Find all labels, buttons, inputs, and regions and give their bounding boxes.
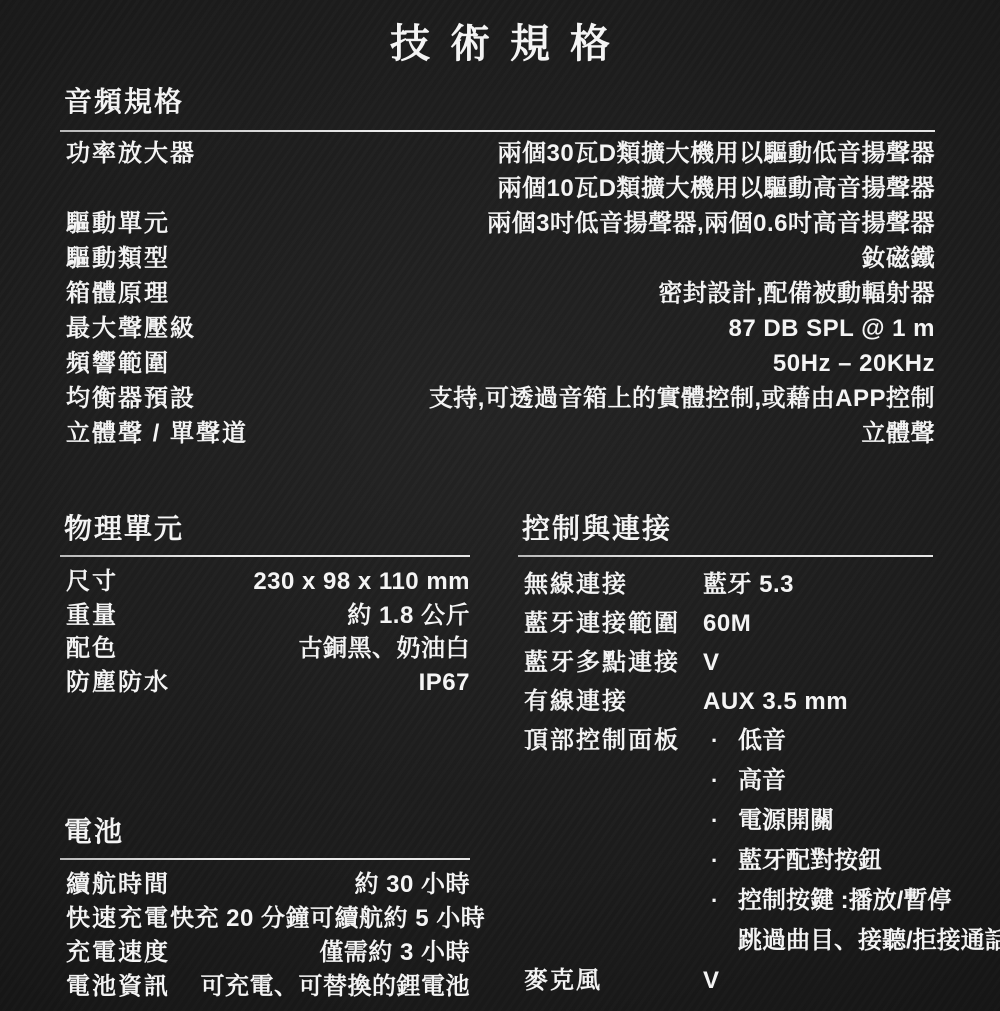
spec-row: 立體聲 / 單聲道 立體聲 <box>60 416 935 451</box>
physical-rows: 尺寸 230 x 98 x 110 mm 重量 約 1.8 公斤 配色 古銅黑、… <box>60 565 470 699</box>
bullet-dot-icon: · <box>703 841 738 881</box>
spec-label: 立體聲 / 單聲道 <box>60 416 248 451</box>
spec-value: 密封設計,配備被動輻射器 <box>658 276 935 311</box>
list-item: · 藍牙配對按鈕 <box>703 841 1000 881</box>
section-divider <box>60 130 935 132</box>
spec-label: 最大聲壓級 <box>60 311 196 346</box>
spec-label: 重量 <box>60 599 118 633</box>
spec-value: V <box>703 961 720 1000</box>
spec-label: 有線連接 <box>518 682 703 721</box>
spec-sheet: 技術規格 音頻規格 功率放大器 兩個30瓦D類擴大機用以驅動低音揚聲器 兩個10… <box>0 0 1000 1011</box>
microphone-row: 麥克風 V <box>518 961 992 1000</box>
spec-value: 僅需約 3 小時 <box>319 936 470 970</box>
spec-value: 藍牙 5.3 <box>703 565 794 604</box>
spec-label: 驅動單元 <box>60 206 170 241</box>
list-item-text: 藍牙配對按鈕 <box>738 841 882 881</box>
list-item-text: 控制按鍵 :播放/暫停 <box>738 881 951 921</box>
spec-row: 驅動單元 兩個3吋低音揚聲器,兩個0.6吋高音揚聲器 <box>60 206 935 241</box>
spec-row: 均衡器預設 支持,可透過音箱上的實體控制,或藉由APP控制 <box>60 381 935 416</box>
spec-row: 配色 古銅黑、奶油白 <box>60 632 470 666</box>
section-divider <box>60 555 470 557</box>
spec-row: 頻響範圍 50Hz – 20KHz <box>60 346 935 381</box>
spec-value: V <box>703 643 720 682</box>
spec-value: 快充 20 分鐘可續航約 5 小時 <box>170 902 485 936</box>
spec-row: 藍牙多點連接 V <box>518 643 992 682</box>
list-item-continuation: 跳過曲目、接聽/拒接通話 <box>703 921 1000 961</box>
spec-label: 續航時間 <box>60 868 170 902</box>
spec-value: 兩個3吋低音揚聲器,兩個0.6吋高音揚聲器 <box>487 206 935 241</box>
list-item: · 低音 <box>703 721 1000 761</box>
spec-row: 箱體原理 密封設計,配備被動輻射器 <box>60 276 935 311</box>
spec-row: 電池資訊 可充電、可替換的鋰電池 <box>60 970 470 1004</box>
spec-row: 重量 約 1.8 公斤 <box>60 599 470 633</box>
spec-label: 防塵防水 <box>60 666 170 700</box>
spec-value: 立體聲 <box>862 416 936 451</box>
spec-label: 尺寸 <box>60 565 118 599</box>
bullet-dot-icon: · <box>703 881 738 921</box>
page-title: 技術規格 <box>0 12 1000 69</box>
spec-label: 驅動類型 <box>60 241 170 276</box>
section-battery: 電池 續航時間 約 30 小時 快速充電 快充 20 分鐘可續航約 5 小時 充… <box>60 817 470 1004</box>
controls-section-heading: 控制與連接 <box>518 514 992 544</box>
top-panel-row: 頂部控制面板 · 低音 · 高音 · 電源開關 <box>518 721 992 961</box>
bullet-dot-icon: · <box>703 721 738 761</box>
spec-value: 支持,可透過音箱上的實體控制,或藉由APP控制 <box>429 381 935 416</box>
spec-value-line: 兩個10瓦D類擴大機用以驅動高音揚聲器 <box>497 171 935 206</box>
spec-value: 60M <box>703 604 751 643</box>
spec-label: 箱體原理 <box>60 276 170 311</box>
spec-row: 驅動類型 釹磁鐵 <box>60 241 935 276</box>
top-panel-feature-list: · 低音 · 高音 · 電源開關 · 藍牙配對按 <box>703 721 1000 961</box>
spec-label: 均衡器預設 <box>60 381 196 416</box>
spec-value: 87 DB SPL @ 1 m <box>728 311 935 346</box>
spec-label: 快速充電 <box>60 902 170 936</box>
spec-row: 最大聲壓級 87 DB SPL @ 1 m <box>60 311 935 346</box>
spec-value: 230 x 98 x 110 mm <box>253 565 470 599</box>
list-item-text: 低音 <box>738 721 786 761</box>
spec-label: 電池資訊 <box>60 970 170 1004</box>
spec-value: 約 30 小時 <box>354 868 470 902</box>
spec-label: 頻響範圍 <box>60 346 170 381</box>
spec-value-line: 兩個30瓦D類擴大機用以驅動低音揚聲器 <box>497 136 935 171</box>
section-physical: 物理單元 尺寸 230 x 98 x 110 mm 重量 約 1.8 公斤 配色… <box>60 514 470 699</box>
bullet-dot-icon: · <box>703 761 738 801</box>
battery-section-heading: 電池 <box>60 817 470 847</box>
spec-label: 無線連接 <box>518 565 703 604</box>
audio-section-heading: 音頻規格 <box>60 86 935 118</box>
spec-label: 頂部控制面板 <box>518 721 703 760</box>
spec-value: AUX 3.5 mm <box>703 682 848 721</box>
spec-row: 防塵防水 IP67 <box>60 666 470 700</box>
section-divider <box>60 858 470 860</box>
battery-rows: 續航時間 約 30 小時 快速充電 快充 20 分鐘可續航約 5 小時 充電速度… <box>60 868 470 1004</box>
list-item-text: 高音 <box>738 761 786 801</box>
list-item: · 高音 <box>703 761 1000 801</box>
spec-row: 有線連接 AUX 3.5 mm <box>518 682 992 721</box>
spec-row: 快速充電 快充 20 分鐘可續航約 5 小時 <box>60 902 470 936</box>
list-item: · 電源開關 <box>703 801 1000 841</box>
spec-value: 50Hz – 20KHz <box>773 346 935 381</box>
spec-value: 兩個30瓦D類擴大機用以驅動低音揚聲器 兩個10瓦D類擴大機用以驅動高音揚聲器 <box>497 136 935 206</box>
right-column: 控制與連接 無線連接 藍牙 5.3 藍牙連接範圍 60M 藍牙多點連接 V 有線… <box>518 514 992 1000</box>
spec-label: 麥克風 <box>518 961 703 1000</box>
physical-section-heading: 物理單元 <box>60 514 470 544</box>
spec-label: 功率放大器 <box>60 136 196 171</box>
section-audio: 音頻規格 功率放大器 兩個30瓦D類擴大機用以驅動低音揚聲器 兩個10瓦D類擴大… <box>60 86 935 451</box>
bullet-dot-icon: · <box>703 801 738 841</box>
spec-row: 藍牙連接範圍 60M <box>518 604 992 643</box>
spec-value: 古銅黑、奶油白 <box>299 632 471 666</box>
spec-label: 藍牙多點連接 <box>518 643 703 682</box>
section-controls: 控制與連接 無線連接 藍牙 5.3 藍牙連接範圍 60M 藍牙多點連接 V 有線… <box>518 514 992 1000</box>
spec-row: 功率放大器 兩個30瓦D類擴大機用以驅動低音揚聲器 兩個10瓦D類擴大機用以驅動… <box>60 136 935 206</box>
spec-value: 釹磁鐵 <box>862 241 936 276</box>
list-item-text: 電源開關 <box>738 801 834 841</box>
controls-rows: 無線連接 藍牙 5.3 藍牙連接範圍 60M 藍牙多點連接 V 有線連接 AUX… <box>518 565 992 1000</box>
list-item: · 控制按鍵 :播放/暫停 <box>703 881 1000 921</box>
spec-row: 無線連接 藍牙 5.3 <box>518 565 992 604</box>
spec-label: 充電速度 <box>60 936 170 970</box>
spec-row: 尺寸 230 x 98 x 110 mm <box>60 565 470 599</box>
spec-value: 約 1.8 公斤 <box>347 599 470 633</box>
audio-rows: 功率放大器 兩個30瓦D類擴大機用以驅動低音揚聲器 兩個10瓦D類擴大機用以驅動… <box>60 136 935 451</box>
spec-label: 藍牙連接範圍 <box>518 604 703 643</box>
left-column: 物理單元 尺寸 230 x 98 x 110 mm 重量 約 1.8 公斤 配色… <box>60 514 470 1004</box>
spec-row: 充電速度 僅需約 3 小時 <box>60 936 470 970</box>
spec-row: 續航時間 約 30 小時 <box>60 868 470 902</box>
section-divider <box>518 555 933 557</box>
spec-label: 配色 <box>60 632 118 666</box>
spec-value: IP67 <box>419 666 470 700</box>
spec-value: 可充電、可替換的鋰電池 <box>201 970 471 1004</box>
